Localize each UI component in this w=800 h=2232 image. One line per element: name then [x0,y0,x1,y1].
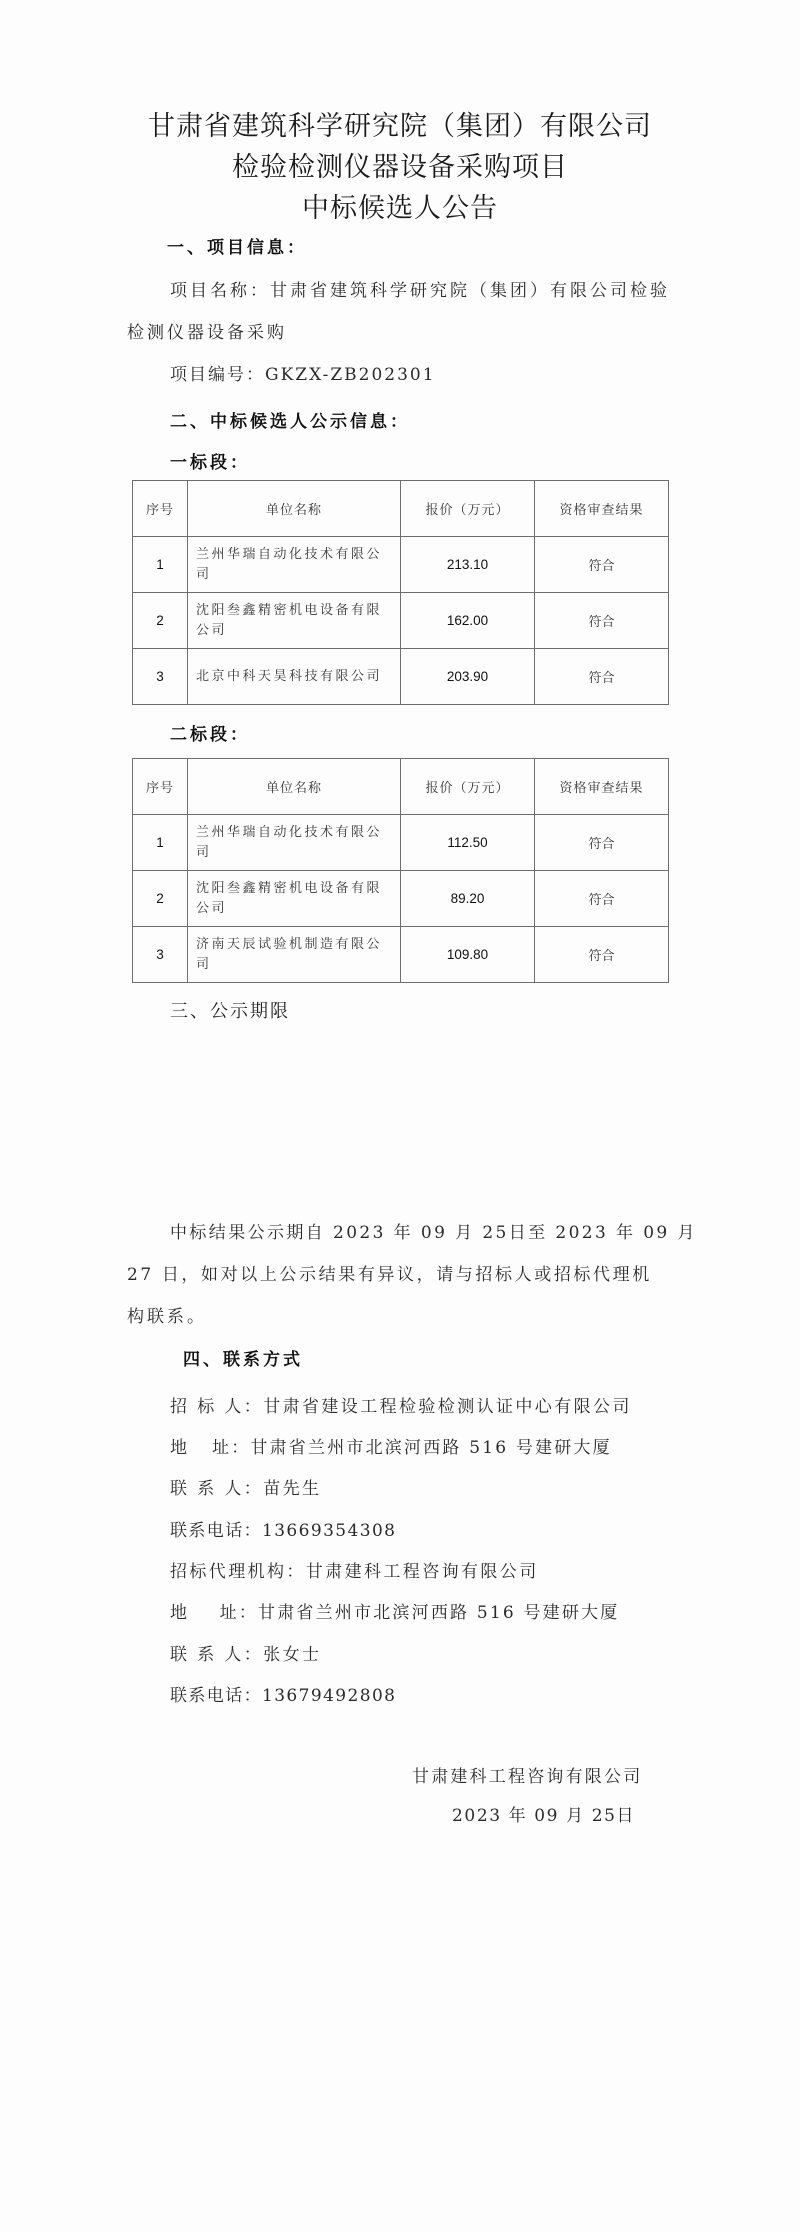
cell-company: 北京中科天昊科技有限公司 [188,649,401,705]
tenderer-name: 招 标 人：甘肃省建设工程检验检测认证中心有限公司 [170,1392,632,1417]
cell-seq: 3 [133,927,188,983]
lot2-label: 二标段： [170,720,250,745]
table-row: 2 沈阳叁鑫精密机电设备有限公司 162.00 符合 [133,593,669,649]
table-header-row: 序号 单位名称 报价（万元） 资格审查结果 [133,759,669,815]
publicity-period-line1: 中标结果公示期自 2023 年 09 月 25日至 2023 年 09 月 [170,1218,697,1243]
tenderer-phone: 联系电话：13669354308 [170,1516,396,1541]
cell-result: 符合 [535,537,669,593]
table-row: 1 兰州华瑞自动化技术有限公司 112.50 符合 [133,815,669,871]
cell-seq: 2 [133,871,188,927]
cell-seq: 2 [133,593,188,649]
section1-heading: 一、项目信息： [167,233,307,258]
cell-seq: 1 [133,815,188,871]
section3-heading: 三、公示期限 [170,997,290,1023]
cell-result: 符合 [535,927,669,983]
lot2-table: 序号 单位名称 报价（万元） 资格审查结果 1 兰州华瑞自动化技术有限公司 11… [132,758,669,983]
cell-result: 符合 [535,649,669,705]
section4-heading: 四、联系方式 [183,1345,303,1370]
header-price: 报价（万元） [401,759,535,815]
cell-company: 兰州华瑞自动化技术有限公司 [188,815,401,871]
cell-seq: 3 [133,649,188,705]
cell-company: 济南天辰试验机制造有限公司 [188,927,401,983]
publicity-period-line2: 27 日，如对以上公示结果有异议，请与招标人或招标代理机 [127,1260,652,1285]
title-line-3: 中标候选人公告 [0,186,800,225]
project-name-line2: 检测仪器设备采购 [127,318,287,343]
table-row: 3 北京中科天昊科技有限公司 203.90 符合 [133,649,669,705]
lot1-label: 一标段： [170,448,250,473]
title-line-2: 检验检测仪器设备采购项目 [0,145,800,184]
table-row: 3 济南天辰试验机制造有限公司 109.80 符合 [133,927,669,983]
lot1-table: 序号 单位名称 报价（万元） 资格审查结果 1 兰州华瑞自动化技术有限公司 21… [132,480,669,705]
section2-heading: 二、中标候选人公示信息： [170,407,410,432]
cell-result: 符合 [535,871,669,927]
agency-address: 地 址：甘肃省兰州市北滨河西路 516 号建研大厦 [170,1598,619,1623]
title-line-1: 甘肃省建筑科学研究院（集团）有限公司 [0,104,800,143]
signature-date: 2023 年 09 月 25日 [452,1801,635,1826]
table-row: 2 沈阳叁鑫精密机电设备有限公司 89.20 符合 [133,871,669,927]
header-seq: 序号 [133,481,188,537]
agency-contact: 联 系 人：张女士 [170,1640,321,1665]
cell-result: 符合 [535,815,669,871]
cell-price: 213.10 [401,537,535,593]
cell-price: 109.80 [401,927,535,983]
publicity-period-line3: 构联系。 [127,1302,207,1327]
table-header-row: 序号 单位名称 报价（万元） 资格审查结果 [133,481,669,537]
cell-seq: 1 [133,537,188,593]
agency-name: 招标代理机构：甘肃建科工程咨询有限公司 [170,1557,539,1582]
tenderer-address: 地 址：甘肃省兰州市北滨河西路 516 号建研大厦 [170,1433,612,1458]
cell-price: 89.20 [401,871,535,927]
cell-price: 162.00 [401,593,535,649]
cell-price: 112.50 [401,815,535,871]
header-seq: 序号 [133,759,188,815]
cell-company: 沈阳叁鑫精密机电设备有限公司 [188,593,401,649]
tenderer-contact: 联 系 人：苗先生 [170,1474,321,1499]
agency-phone: 联系电话：13679492808 [170,1681,396,1706]
cell-company: 沈阳叁鑫精密机电设备有限公司 [188,871,401,927]
cell-company: 兰州华瑞自动化技术有限公司 [188,537,401,593]
project-name-line1: 项目名称：甘肃省建筑科学研究院（集团）有限公司检验 [170,276,670,301]
header-result: 资格审查结果 [535,481,669,537]
cell-result: 符合 [535,593,669,649]
project-number: 项目编号：GKZX-ZB202301 [170,360,436,385]
table-row: 1 兰州华瑞自动化技术有限公司 213.10 符合 [133,537,669,593]
signature-org: 甘肃建科工程咨询有限公司 [412,1762,642,1787]
cell-price: 203.90 [401,649,535,705]
header-company: 单位名称 [188,481,401,537]
header-price: 报价（万元） [401,481,535,537]
header-company: 单位名称 [188,759,401,815]
header-result: 资格审查结果 [535,759,669,815]
